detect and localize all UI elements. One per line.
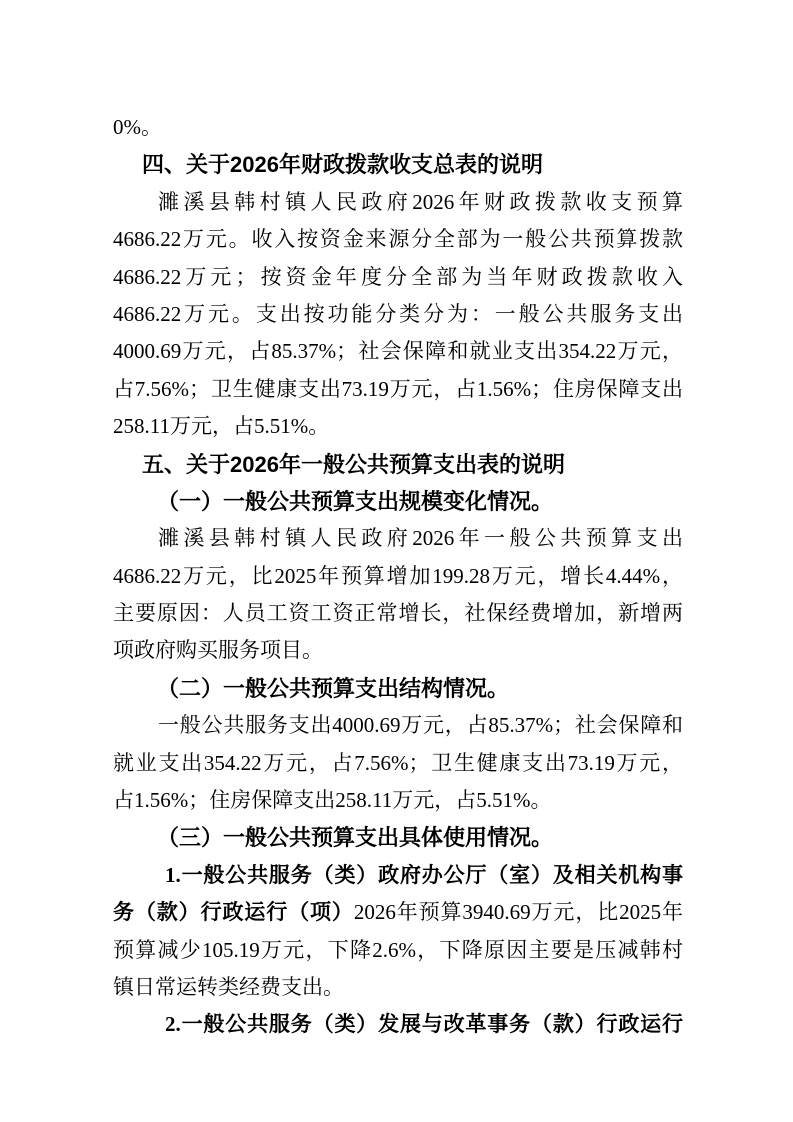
text-segment: （三）一般公共预算支出具体使用情况。 <box>157 825 553 850</box>
paragraph-line: 一般公共服务支出4000.69万元，占85.37%；社会保障和 <box>113 707 683 744</box>
paragraph-line: 258.11万元，占5.51%。 <box>113 408 683 445</box>
paragraph-line: 4686.22万元；按资金年度分全部为当年财政拨款收入 <box>113 259 683 296</box>
text-segment: 4686.22万元。收入按资金来源分全部为一般公共预算拨款 <box>113 227 683 251</box>
text-segment: 主要原因：人员工资工资正常增长，社保经费增加，新增两 <box>113 601 683 625</box>
paragraph-line: 濉溪县韩村镇人民政府2026年一般公共预算支出 <box>113 520 683 557</box>
text-segment: 预算减少105.19万元，下降2.6%，下降原因主要是压减韩村 <box>113 938 683 962</box>
text-segment: 濉溪县韩村镇人民政府2026年一般公共预算支出 <box>158 526 683 550</box>
bold-text-segment: 2.一般公共服务（类）发展与改革事务（款）行政运行 <box>165 1012 683 1036</box>
paragraph-line: 占7.56%；卫生健康支出73.19万元，占1.56%；住房保障支出 <box>113 371 683 408</box>
text-segment: 占7.56%；卫生健康支出73.19万元，占1.56%；住房保障支出 <box>113 377 683 401</box>
text-segment: 项政府购买服务项目。 <box>113 638 323 662</box>
numbered-item-line: 2.一般公共服务（类）发展与改革事务（款）行政运行 <box>113 1006 683 1043</box>
text-segment: 4686.22万元；按资金年度分全部为当年财政拨款收入 <box>113 265 683 289</box>
paragraph-line: 就业支出354.22万元，占7.56%；卫生健康支出73.19万元， <box>113 745 683 782</box>
paragraph-line: 4686.22万元，比2025年预算增加199.28万元，增长4.44%， <box>113 558 683 595</box>
document-content: 0%。 四、关于2026年财政拨款收支总表的说明 濉溪县韩村镇人民政府2026年… <box>113 109 683 1044</box>
paragraph-line: 项政府购买服务项目。 <box>113 632 683 669</box>
text-segment: 五、关于2026年一般公共预算支出表的说明 <box>142 452 565 477</box>
text-segment: 一般公共服务支出4000.69万元，占85.37%；社会保障和 <box>158 713 683 737</box>
subsection-heading: （一）一般公共预算支出规模变化情况。 <box>113 483 683 520</box>
document-page: 0%。 四、关于2026年财政拨款收支总表的说明 濉溪县韩村镇人民政府2026年… <box>0 0 793 1122</box>
section-heading: 五、关于2026年一般公共预算支出表的说明 <box>113 446 683 483</box>
text-segment: 镇日常运转类经费支出。 <box>113 975 344 999</box>
paragraph-line: 4686.22万元。支出按功能分类分为：一般公共服务支出 <box>113 296 683 333</box>
text-segment: （一）一般公共预算支出规模变化情况。 <box>157 489 553 514</box>
numbered-item-line: 1.一般公共服务（类）政府办公厅（室）及相关机构事 <box>113 857 683 894</box>
paragraph-line: 务（款）行政运行（项）2026年预算3940.69万元，比2025年 <box>113 894 683 931</box>
text-segment: 就业支出354.22万元，占7.56%；卫生健康支出73.19万元， <box>113 751 683 775</box>
section-heading: 四、关于2026年财政拨款收支总表的说明 <box>113 146 683 183</box>
text-segment: 2026年预算3940.69万元，比2025年 <box>354 900 683 924</box>
subsection-heading: （三）一般公共预算支出具体使用情况。 <box>113 819 683 856</box>
bold-text-segment: 1.一般公共服务（类）政府办公厅（室）及相关机构事 <box>165 863 683 887</box>
paragraph-line: 主要原因：人员工资工资正常增长，社保经费增加，新增两 <box>113 595 683 632</box>
text-segment: 4686.22万元。支出按功能分类分为：一般公共服务支出 <box>113 302 683 326</box>
text-segment: 258.11万元，占5.51%。 <box>113 414 329 438</box>
text-segment: 0%。 <box>113 115 162 139</box>
paragraph-line: 4000.69万元，占85.37%；社会保障和就业支出354.22万元， <box>113 333 683 370</box>
text-segment: 4000.69万元，占85.37%；社会保障和就业支出354.22万元， <box>113 339 683 363</box>
paragraph-line: 濉溪县韩村镇人民政府2026年财政拨款收支预算 <box>113 184 683 221</box>
paragraph-line: 镇日常运转类经费支出。 <box>113 969 683 1006</box>
bold-text-segment: 务（款）行政运行（项） <box>113 900 354 924</box>
text-segment: 占1.56%；住房保障支出258.11万元，占5.51%。 <box>113 788 551 812</box>
text-segment: 4686.22万元，比2025年预算增加199.28万元，增长4.44%， <box>113 564 683 588</box>
text-segment: 四、关于2026年财政拨款收支总表的说明 <box>142 152 543 177</box>
paragraph-tail-line: 0%。 <box>113 109 683 146</box>
paragraph-line: 4686.22万元。收入按资金来源分全部为一般公共预算拨款 <box>113 221 683 258</box>
paragraph-line: 预算减少105.19万元，下降2.6%，下降原因主要是压减韩村 <box>113 932 683 969</box>
text-segment: 濉溪县韩村镇人民政府2026年财政拨款收支预算 <box>158 190 683 214</box>
subsection-heading: （二）一般公共预算支出结构情况。 <box>113 670 683 707</box>
text-segment: （二）一般公共预算支出结构情况。 <box>157 676 509 701</box>
paragraph-line: 占1.56%；住房保障支出258.11万元，占5.51%。 <box>113 782 683 819</box>
